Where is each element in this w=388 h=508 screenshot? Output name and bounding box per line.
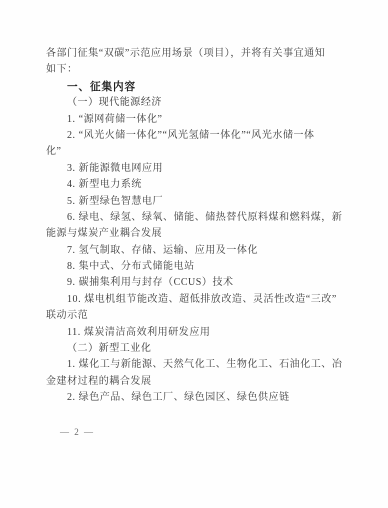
text-line: 如下：	[46, 62, 350, 78]
text-line: 2. 绿色产品、绿色工厂、绿色园区、绿色供应链	[46, 390, 350, 406]
text-line: 金建材过程的耦合发展	[46, 374, 350, 390]
text-line: 11. 煤炭清洁高效利用研发应用	[46, 325, 350, 341]
text-line: 联动示范	[46, 308, 350, 324]
text-line: 2. “风光火储一体化”“风光氢储一体化”“风光水储一体	[46, 128, 350, 144]
scanned-document-page: 各部门征集“双碳”示范应用场景（项目），并将有关事宜通知如下：一、征集内容（一）…	[0, 0, 388, 508]
text-line: 6. 绿电、绿氢、绿氧、储能、储热替代原料煤和燃料煤，新	[46, 210, 350, 226]
text-line: 9. 碳捕集利用与封存（CCUS）技术	[46, 275, 350, 291]
page-number: — 2 —	[60, 427, 95, 437]
text-line: （二）新型工业化	[46, 341, 350, 357]
document-body: 各部门征集“双碳”示范应用场景（项目），并将有关事宜通知如下：一、征集内容（一）…	[46, 46, 350, 407]
text-line: （一）现代能源经济	[46, 95, 350, 111]
text-line: 10. 煤电机组节能改造、超低排放改造、灵活性改造“三改”	[46, 292, 350, 308]
text-line: 7. 氢气制取、存储、运输、应用及一体化	[46, 243, 350, 259]
text-line: 5. 新型绿色智慧电厂	[46, 194, 350, 210]
section-heading: 一、征集内容	[46, 79, 350, 95]
text-line: 各部门征集“双碳”示范应用场景（项目），并将有关事宜通知	[46, 46, 350, 62]
text-line: 1. 煤化工与新能源、天然气化工、生物化工、石油化工、冶	[46, 357, 350, 373]
text-line: 4. 新型电力系统	[46, 177, 350, 193]
text-line: 3. 新能源微电网应用	[46, 161, 350, 177]
text-line: 1. “源网荷储一体化”	[46, 112, 350, 128]
text-line: 能源与煤炭产业耦合发展	[46, 226, 350, 242]
text-line: 化”	[46, 144, 350, 160]
text-line: 8. 集中式、分布式储能电站	[46, 259, 350, 275]
